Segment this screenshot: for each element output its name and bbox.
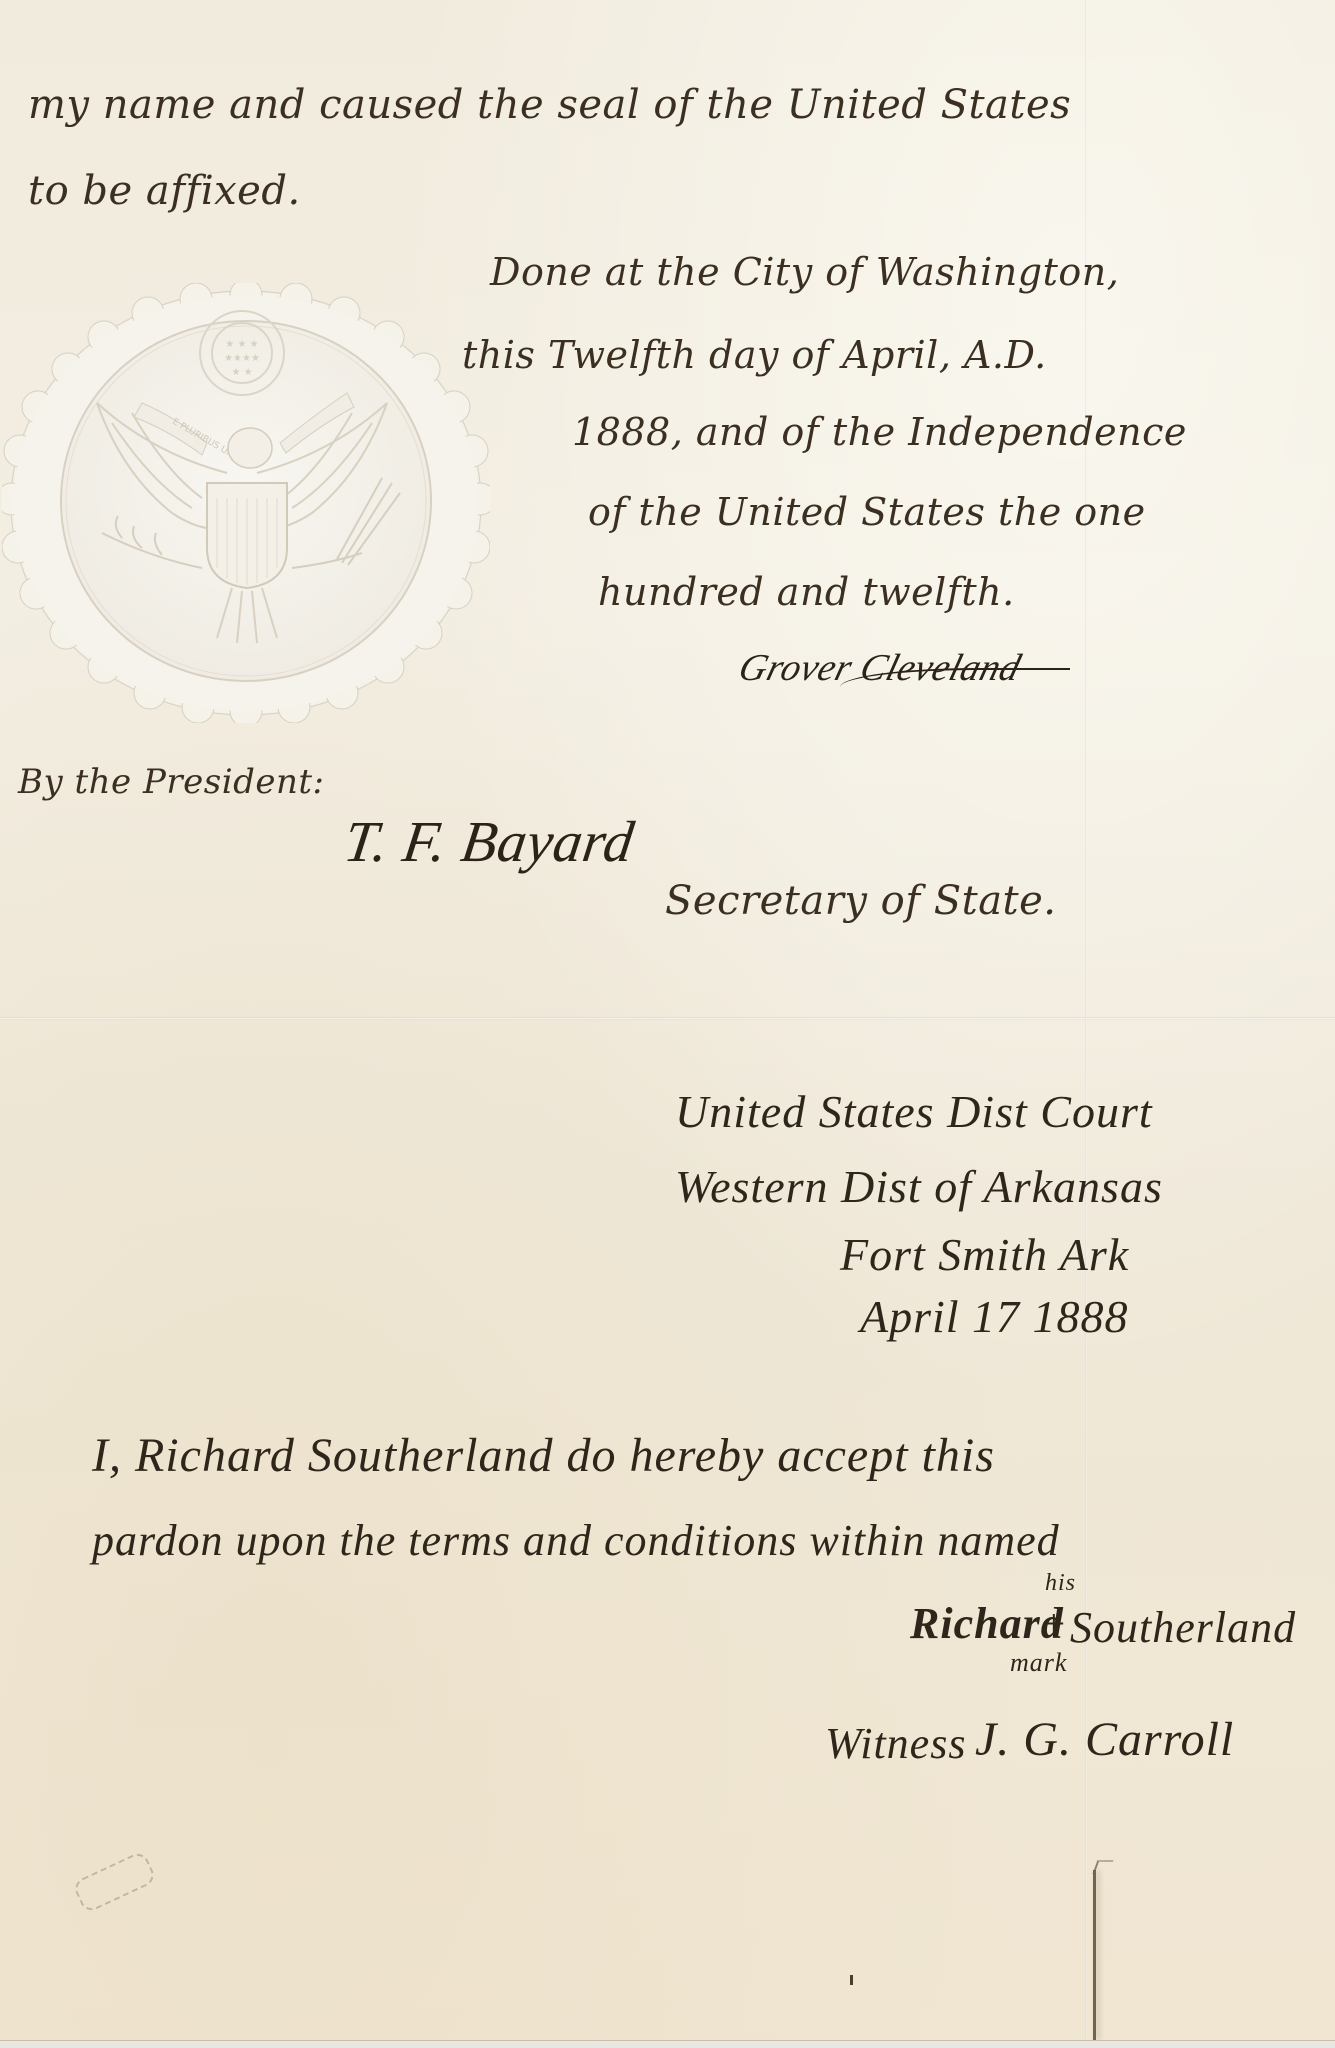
attestation-line-1: Done at the City of Washington, — [490, 250, 1119, 294]
closing-line-1: my name and caused the seal of the Unite… — [28, 82, 1071, 128]
mark-label: mark — [1010, 1648, 1067, 1678]
great-seal-emblem: ★ ★ ★ ★★★★ ★ ★ E PLURIBUS UNUM — [2, 283, 490, 723]
court-line-1: United States Dist Court — [675, 1085, 1153, 1138]
by-the-president-label: By the President: — [18, 762, 324, 802]
attestation-line-5: hundred and twelfth. — [598, 570, 1015, 614]
secretary-title: Secretary of State. — [665, 878, 1057, 924]
svg-text:★ ★: ★ ★ — [231, 367, 252, 378]
court-line-4: April 17 1888 — [860, 1290, 1129, 1343]
paper-smudge — [72, 1850, 158, 1914]
court-line-2: Western Dist of Arkansas — [675, 1160, 1163, 1213]
secretary-signature: T. F. Bayard — [340, 808, 638, 875]
svg-text:★★★★: ★★★★ — [224, 353, 260, 364]
witness-name: J. G. Carroll — [975, 1712, 1234, 1767]
svg-text:★ ★ ★: ★ ★ ★ — [225, 339, 258, 350]
mark-symbol: + — [1040, 1600, 1068, 1647]
acceptance-line-2: pardon upon the terms and conditions wit… — [92, 1515, 1060, 1566]
court-line-3: Fort Smith Ark — [840, 1228, 1129, 1281]
paper-tear — [1093, 1870, 1096, 2040]
attestation-line-2: this Twelfth day of April, A.D. — [462, 333, 1047, 377]
attestation-line-4: of the United States the one — [588, 490, 1146, 534]
mark-his: his — [1045, 1570, 1076, 1597]
closing-line-2: to be affixed. — [28, 168, 301, 214]
document-page: my name and caused the seal of the Unite… — [0, 0, 1335, 2040]
paper-speck — [850, 1975, 853, 1985]
witness-label: Witness — [825, 1718, 966, 1769]
horizontal-fold-crease — [0, 1017, 1335, 1020]
eagle-seal-icon: ★ ★ ★ ★★★★ ★ ★ E PLURIBUS UNUM — [2, 283, 490, 723]
scan-background-edge — [0, 2040, 1335, 2048]
mark-last-name: Southerland — [1070, 1602, 1296, 1653]
attestation-line-3: 1888, and of the Independence — [572, 410, 1187, 454]
acceptance-line-1: I, Richard Southerland do hereby accept … — [92, 1428, 995, 1483]
